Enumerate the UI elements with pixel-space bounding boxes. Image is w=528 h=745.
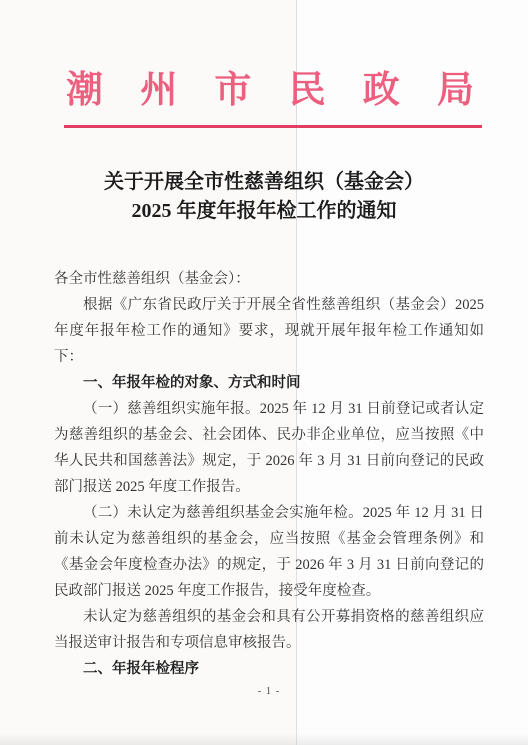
salutation-line: 各全市性慈善组织（基金会）： [54,266,484,292]
page-number: - 1 - [54,686,484,697]
paragraph-annual-report: （一）慈善组织实施年报。2025 年 12 月 31 日前登记或者认定为慈善组织… [54,396,484,500]
document-body: 各全市性慈善组织（基金会）： 根据《广东省民政厅关于开展全省性慈善组织（基金会）… [54,266,484,682]
document-title-line1: 关于开展全市性慈善组织（基金会） [0,168,528,197]
scan-bottom-edge-shade [0,733,528,745]
intro-paragraph: 根据《广东省民政厅关于开展全省性慈善组织（基金会）2025 年度年报年检工作的通… [54,292,484,370]
section-1-heading: 一、年报年检的对象、方式和时间 [54,370,484,396]
document-title-line2: 2025 年度年报年检工作的通知 [0,197,528,226]
document-title: 关于开展全市性慈善组织（基金会） 2025 年度年报年检工作的通知 [0,168,528,226]
section-2-heading: 二、年报年检程序 [54,656,484,682]
header-red-rule [64,125,482,128]
agency-name-header: 潮州市民政局 [66,70,474,112]
paragraph-audit-requirement: 未认定为慈善组织的基金会和具有公开募捐资格的慈善组织应当报送审计报告和专项信息审… [54,604,484,656]
paragraph-annual-inspection: （二）未认定为慈善组织基金会实施年检。2025 年 12 月 31 日前未认定为… [54,500,484,604]
scanned-document-page: 潮州市民政局 关于开展全市性慈善组织（基金会） 2025 年度年报年检工作的通知… [0,0,528,745]
